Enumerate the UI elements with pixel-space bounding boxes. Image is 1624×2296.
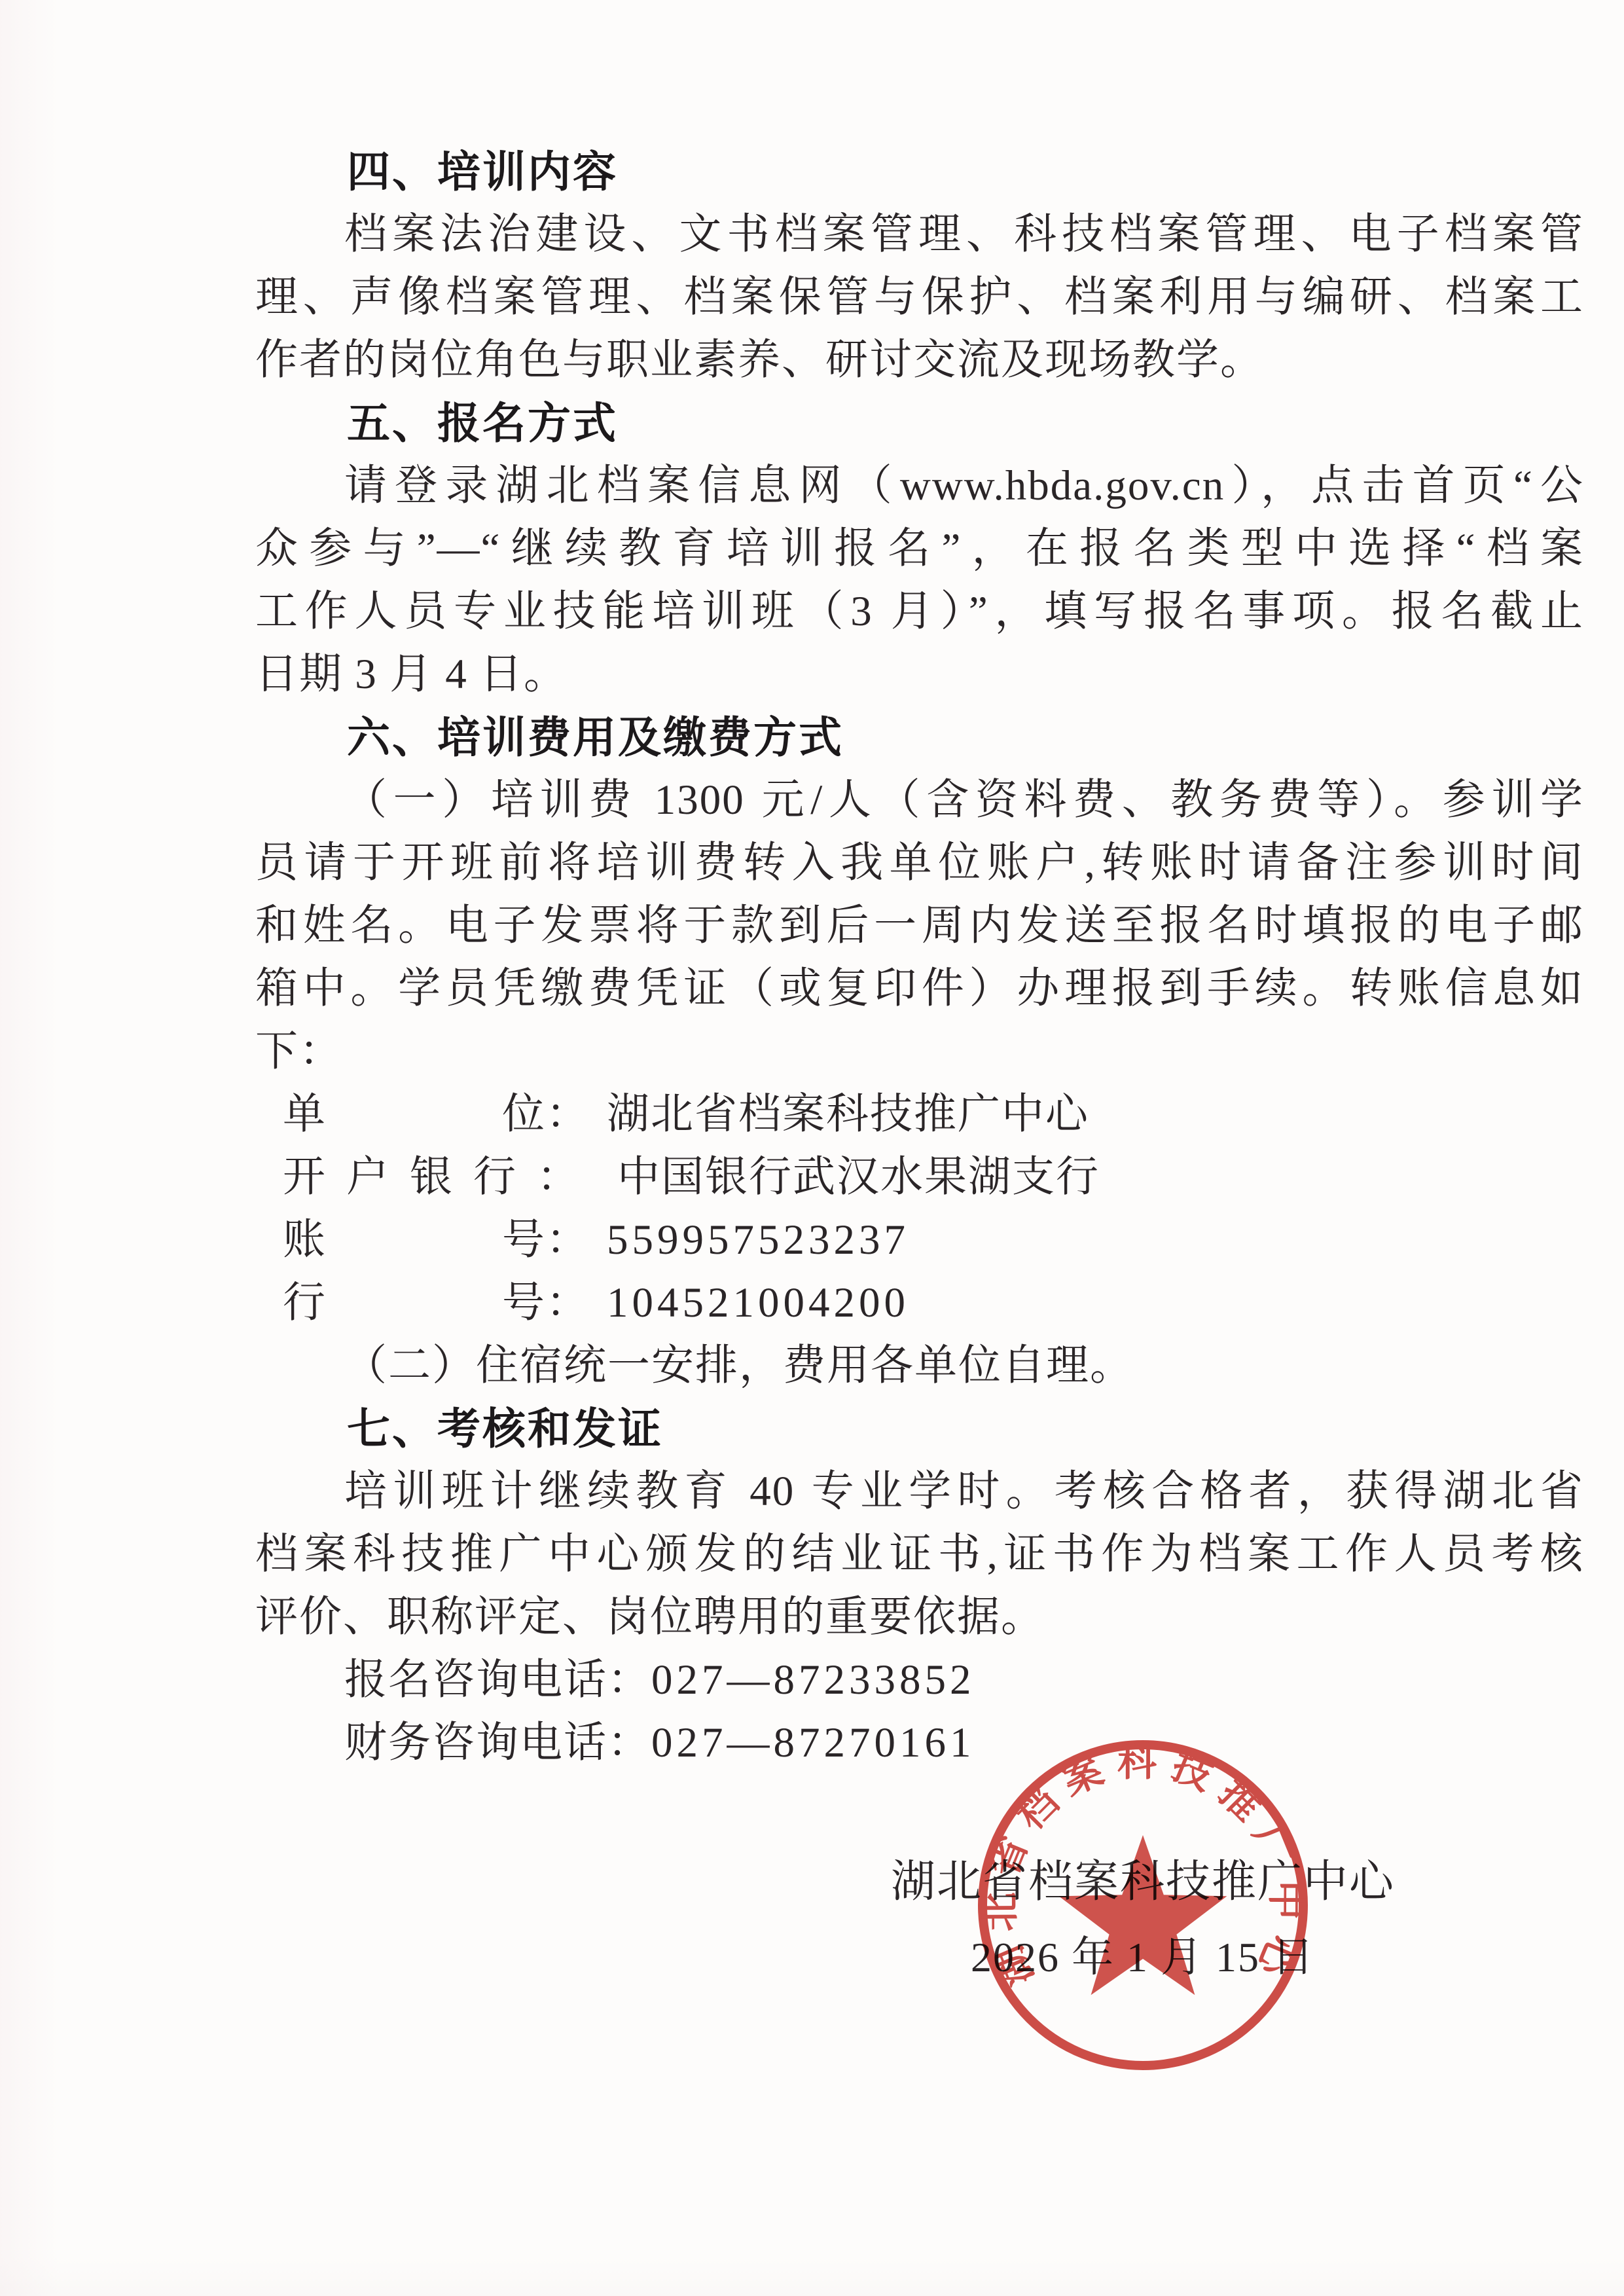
body-line: （一）培训费 1300 元/人（含资料费、教务费等）。参训学 — [255, 769, 1584, 831]
section-heading-fees: 六、培训费用及缴费方式 — [255, 706, 1584, 769]
official-red-seal: 湖北省档案科技推广中心 — [960, 1722, 1326, 2088]
notice-body: 四、培训内容 档案法治建设、文书档案管理、科技档案管理、电子档案管 理、声像档案… — [255, 140, 1584, 1774]
body-line: 评价、职称评定、岗位聘用的重要依据。 — [255, 1586, 1584, 1649]
phone-row-finance: 财务咨询电话：027—87270161 — [255, 1711, 1584, 1774]
seal-star-icon — [1059, 1835, 1227, 1995]
body-line: 箱中。学员凭缴费凭证（或复印件）办理报到手续。转账信息如 — [255, 957, 1584, 1020]
phone-number: 027—87270161 — [651, 1719, 975, 1766]
section-heading-registration: 五、报名方式 — [255, 392, 1584, 454]
bank-label: 单 位： — [283, 1083, 590, 1146]
body-line: 日期 3 月 4 日。 — [255, 643, 1584, 706]
bank-row-bank-name: 开户银行：中国银行武汉水果湖支行 — [255, 1146, 1584, 1209]
section-heading-training-content: 四、培训内容 — [255, 140, 1584, 203]
body-line: 众参与”—“继续教育培训报名”，在报名类型中选择“档案 — [255, 517, 1584, 580]
bank-value: 湖北省档案科技推广中心 — [607, 1091, 1089, 1138]
phone-label: 报名咨询电话： — [344, 1656, 651, 1704]
bank-row-account-number: 账 号：559957523237 — [255, 1209, 1584, 1271]
bank-account-number: 559957523237 — [607, 1216, 909, 1264]
phone-number: 027—87233852 — [651, 1656, 975, 1704]
body-line: 员请于开班前将培训费转入我单位账户,转账时请备注参训时间 — [255, 831, 1584, 894]
bank-branch-number: 104521004200 — [607, 1279, 909, 1326]
body-line: 培训班计继续教育 40 专业学时。考核合格者，获得湖北省 — [255, 1460, 1584, 1523]
bank-value: 中国银行武汉水果湖支行 — [617, 1154, 1100, 1201]
bank-label: 账 号： — [283, 1209, 590, 1271]
section-heading-assessment: 七、考核和发证 — [255, 1397, 1584, 1460]
body-line: 请登录湖北档案信息网（www.hbda.gov.cn），点击首页“公 — [255, 454, 1584, 517]
bank-row-unit: 单 位：湖北省档案科技推广中心 — [255, 1083, 1584, 1146]
bank-row-branch-number: 行 号：104521004200 — [255, 1271, 1584, 1334]
bank-label: 开户银行： — [283, 1146, 600, 1209]
body-line: 作者的岗位角色与职业素养、研讨交流及现场教学。 — [255, 329, 1584, 392]
phone-label: 财务咨询电话： — [344, 1719, 651, 1766]
phone-row-registration: 报名咨询电话：027—87233852 — [255, 1649, 1584, 1711]
body-line: 工作人员专业技能培训班（3 月）”，填写报名事项。报名截止 — [255, 580, 1584, 643]
body-line: 理、声像档案管理、档案保管与保护、档案利用与编研、档案工 — [255, 266, 1584, 329]
body-line: 和姓名。电子发票将于款到后一周内发送至报名时填报的电子邮 — [255, 894, 1584, 957]
scanned-notice-page: 四、培训内容 档案法治建设、文书档案管理、科技档案管理、电子档案管 理、声像档案… — [0, 0, 1624, 2296]
body-line: 档案法治建设、文书档案管理、科技档案管理、电子档案管 — [255, 203, 1584, 266]
bank-label: 行 号： — [283, 1271, 590, 1334]
body-line: 下： — [255, 1020, 1584, 1083]
body-line: 档案科技推广中心颁发的结业证书,证书作为档案工作人员考核 — [255, 1523, 1584, 1586]
body-line: （二）住宿统一安排，费用各单位自理。 — [255, 1334, 1584, 1397]
